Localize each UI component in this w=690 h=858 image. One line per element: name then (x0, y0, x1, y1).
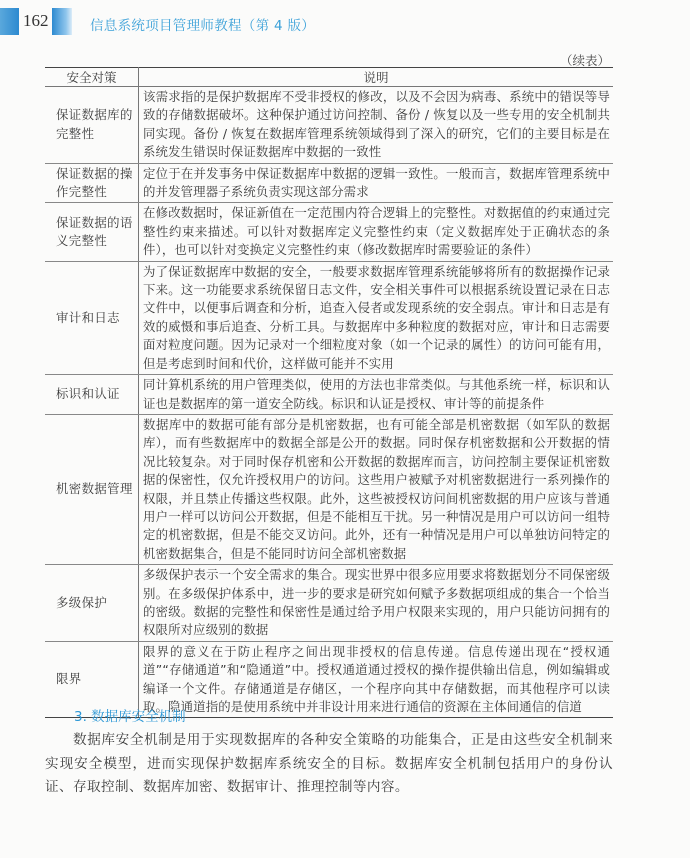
policy-cell: 多级保护 (45, 565, 139, 642)
table-row: 保证数据的语义完整性 在修改数据时，保证新值在一定范围内符合逻辑上的完整性。对数… (45, 203, 613, 261)
table-row: 保证数据库的完整性 该需求指的是保护数据库不受非授权的修改，以及不会因为病毒、系… (45, 87, 613, 164)
description-cell: 在修改数据时，保证新值在一定范围内符合逻辑上的完整性。对数据值的约束通过完整性约… (139, 203, 614, 261)
column-header-policy: 安全对策 (45, 68, 139, 87)
page-number: 162 (23, 11, 49, 31)
body-paragraph: 数据库安全机制是用于实现数据库的各种安全策略的功能集合，正是由这些安全机制来实现… (45, 729, 613, 800)
column-header-description: 说明 (139, 68, 614, 87)
section-heading: 3. 数据库安全机制 (74, 705, 186, 725)
table-row: 保证数据的操作完整性 定位于在并发事务中保证数据库中数据的逻辑一致性。一般而言，… (45, 163, 613, 203)
description-cell: 同计算机系统的用户管理类似，使用的方法也非常类似。与其他系统一样，标识和认证也是… (139, 375, 614, 415)
description-cell: 数据库中的数据可能有部分是机密数据，也有可能全部是机密数据（如军队的数据库），而… (139, 414, 614, 564)
table-header-row: 安全对策 说明 (45, 68, 613, 87)
policy-cell: 保证数据的语义完整性 (45, 203, 139, 261)
header-decoration-block-right (52, 8, 72, 35)
policy-cell: 机密数据管理 (45, 414, 139, 564)
table-row: 机密数据管理 数据库中的数据可能有部分是机密数据，也有可能全部是机密数据（如军队… (45, 414, 613, 564)
description-cell: 为了保证数据库中数据的安全，一般要求数据库管理系统能够将所有的数据操作记录下来。… (139, 261, 614, 374)
description-cell: 多级保护表示一个安全需求的集合。现实世界中很多应用要求将数据划分不同保密级别。在… (139, 565, 614, 642)
description-cell: 该需求指的是保护数据库不受非授权的修改，以及不会因为病毒、系统中的错误等导致的存… (139, 87, 614, 164)
description-cell: 定位于在并发事务中保证数据库中数据的逻辑一致性。一般而言，数据库管理系统中的并发… (139, 163, 614, 203)
book-title: 信息系统项目管理师教程（第 4 版） (90, 14, 315, 34)
table-row: 多级保护 多级保护表示一个安全需求的集合。现实世界中很多应用要求将数据划分不同保… (45, 565, 613, 642)
table-row: 审计和日志 为了保证数据库中数据的安全，一般要求数据库管理系统能够将所有的数据操… (45, 261, 613, 374)
header-decoration-block-left (0, 8, 19, 35)
description-cell: 限界的意义在于防止程序之间出现非授权的信息传递。信息传递出现在“授权通道”“存储… (139, 641, 614, 718)
policy-cell: 标识和认证 (45, 375, 139, 415)
security-policy-table: 安全对策 说明 保证数据库的完整性 该需求指的是保护数据库不受非授权的修改，以及… (45, 67, 613, 718)
policy-cell: 保证数据库的完整性 (45, 87, 139, 164)
page-header: 162 信息系统项目管理师教程（第 4 版） (0, 0, 690, 40)
policy-cell: 保证数据的操作完整性 (45, 163, 139, 203)
table-row: 标识和认证 同计算机系统的用户管理类似，使用的方法也非常类似。与其他系统一样，标… (45, 375, 613, 415)
policy-cell: 审计和日志 (45, 261, 139, 374)
